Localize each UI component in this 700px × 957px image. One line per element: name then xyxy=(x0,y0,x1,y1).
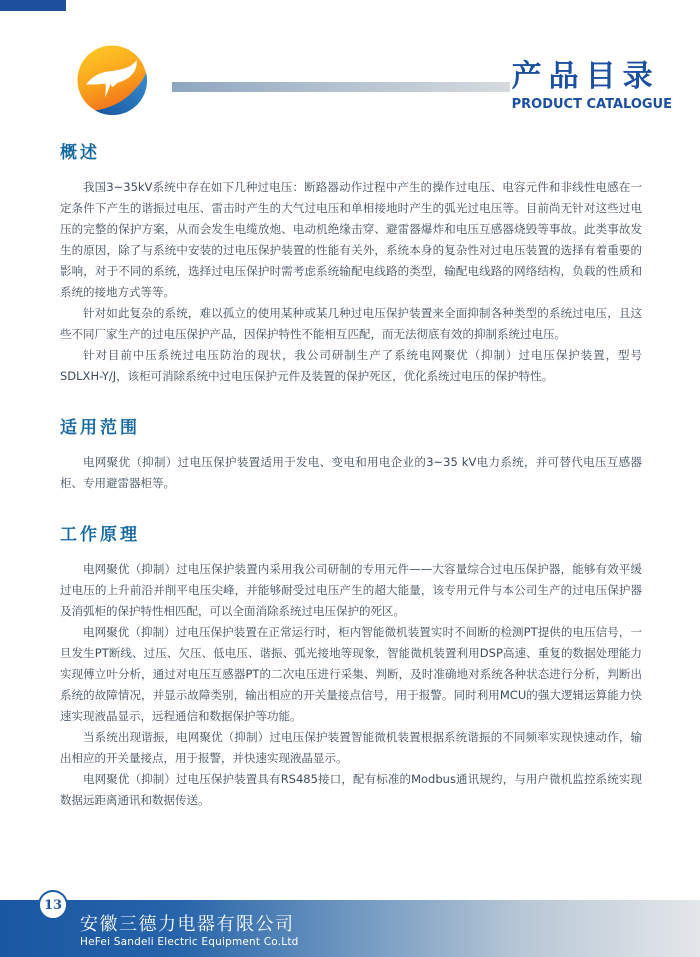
catalogue-page: 产品目录 PRODUCT CATALOGUE 概述 我国3~35kV系统中存在如… xyxy=(0,0,700,957)
page-title: 产品目录 xyxy=(512,60,672,94)
phoenix-logo-icon xyxy=(76,44,148,116)
header-gradient-bar xyxy=(172,82,510,92)
paragraph: 电网聚优（抑制）过电压保护装置具有RS485接口，配有标准的Modbus通讯规约… xyxy=(60,769,642,811)
paragraph: 针对如此复杂的系统，难以孤立的使用某种或某几种过电压保护装置来全面抑制各种类型的… xyxy=(60,303,642,345)
company-name-cn: 安徽三德力电器有限公司 xyxy=(80,910,295,936)
paragraph: 我国3~35kV系统中存在如下几种过电压：断路器动作过程中产生的操作过电压、电容… xyxy=(60,177,642,303)
page-subtitle: PRODUCT CATALOGUE xyxy=(512,97,672,112)
paragraph: 电网聚优（抑制）过电压保护装置在正常运行时，柜内智能微机装置实时不间断的检测PT… xyxy=(60,622,642,727)
section-heading-scope: 适用范围 xyxy=(60,413,642,438)
section-applicable-scope: 适用范围 电网聚优（抑制）过电压保护装置适用于发电、变电和用电企业的3~35 k… xyxy=(60,413,642,494)
section-heading-overview: 概述 xyxy=(60,138,642,163)
page-number-badge: 13 xyxy=(38,890,68,920)
sandeli-company-logo xyxy=(76,44,148,116)
header-left-accent-bar xyxy=(0,0,66,11)
paragraph: 针对目前中压系统过电压防治的现状，我公司研制生产了系统电网聚优（抑制）过电压保护… xyxy=(60,345,642,387)
section-overview: 概述 我国3~35kV系统中存在如下几种过电压：断路器动作过程中产生的操作过电压… xyxy=(60,138,642,387)
paragraph: 电网聚优（抑制）过电压保护装置适用于发电、变电和用电企业的3~35 kV电力系统… xyxy=(60,452,642,494)
paragraph: 电网聚优（抑制）过电压保护装置内采用我公司研制的专用元件——大容量综合过电压保护… xyxy=(60,559,642,622)
section-working-principle: 工作原理 电网聚优（抑制）过电压保护装置内采用我公司研制的专用元件——大容量综合… xyxy=(60,520,642,811)
company-name-en: HeFei Sandeli Electric Equipment Co.Ltd xyxy=(80,936,299,948)
header-title-block: 产品目录 PRODUCT CATALOGUE xyxy=(512,60,672,112)
paragraph: 当系统出现谐振，电网聚优（抑制）过电压保护装置智能微机装置根据系统谐振的不同频率… xyxy=(60,727,642,769)
document-body: 概述 我国3~35kV系统中存在如下几种过电压：断路器动作过程中产生的操作过电压… xyxy=(60,138,642,837)
section-heading-principle: 工作原理 xyxy=(60,520,642,545)
